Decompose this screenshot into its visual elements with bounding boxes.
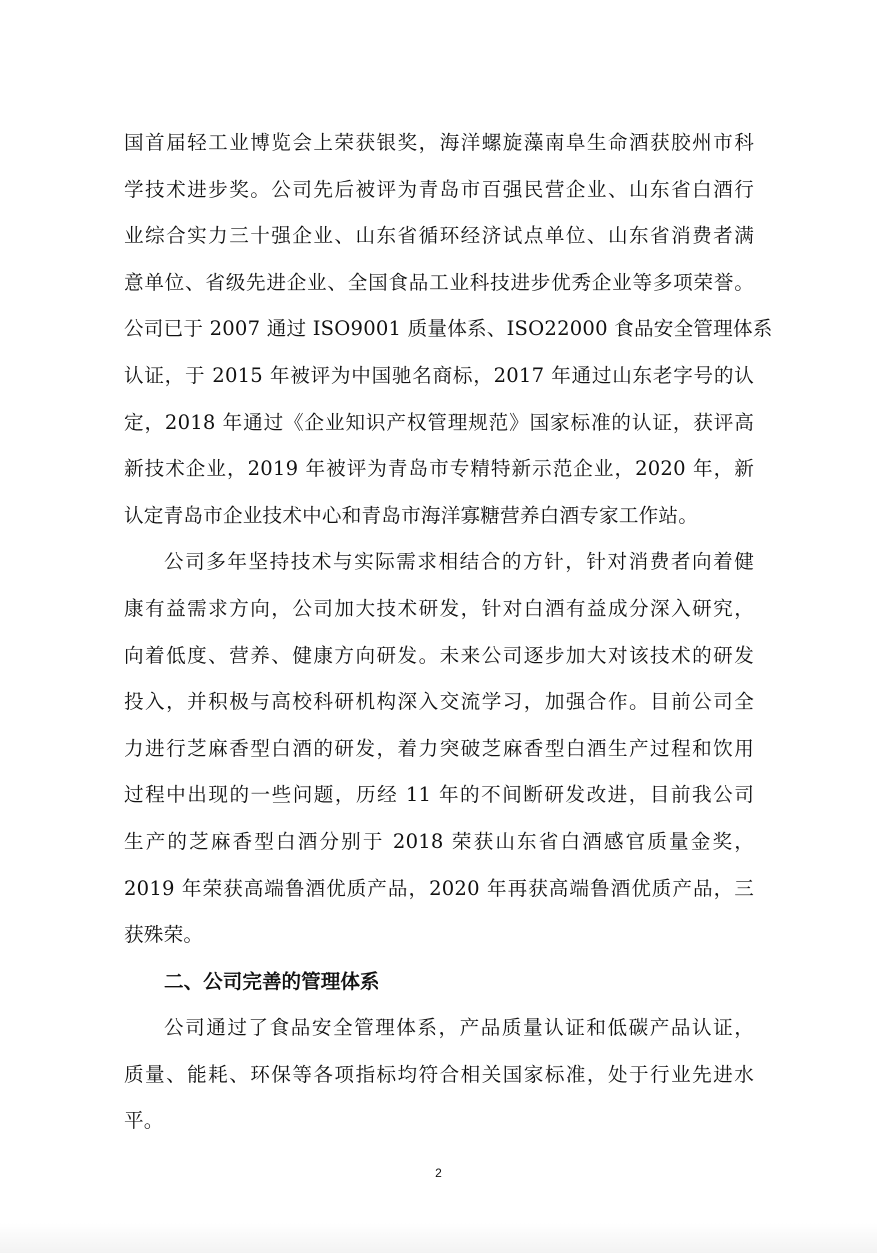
text-line: 认证，于 2015 年被评为中国驰名商标，2017 年通过山东老字号的认 (124, 353, 754, 400)
page-number: 2 (0, 1166, 877, 1180)
text-line: 公司通过了食品安全管理体系，产品质量认证和低碳产品认证， (124, 1005, 754, 1052)
text-line: 力进行芝麻香型白酒的研发，着力突破芝麻香型白酒生产过程和饮用 (124, 726, 754, 773)
text-line: 国首届轻工业博览会上荣获银奖，海洋螺旋藻南阜生命酒获胶州市科 (124, 120, 754, 167)
text-line: 平。 (124, 1098, 754, 1145)
text-line: 新技术企业，2019 年被评为青岛市专精特新示范企业，2020 年，新 (124, 446, 754, 493)
paragraph-honors: 国首届轻工业博览会上荣获银奖，海洋螺旋藻南阜生命酒获胶州市科 学技术进步奖。公司… (124, 120, 754, 539)
text-line: 质量、能耗、环保等各项指标均符合相关国家标准，处于行业先进水 (124, 1052, 754, 1099)
paragraph-research: 公司多年坚持技术与实际需求相结合的方针，针对消费者向着健 康有益需求方向，公司加… (124, 539, 754, 958)
text-line: 定，2018 年通过《企业知识产权管理规范》国家标准的认证，获评高 (124, 400, 754, 447)
text-line: 学技术进步奖。公司先后被评为青岛市百强民营企业、山东省白酒行 (124, 167, 754, 214)
text-line: 向着低度、营养、健康方向研发。未来公司逐步加大对该技术的研发 (124, 633, 754, 680)
text-line: 公司已于 2007 通过 ISO9001 质量体系、ISO22000 食品安全管… (124, 306, 754, 353)
text-line: 获殊荣。 (124, 912, 754, 959)
text-line: 认定青岛市企业技术中心和青岛市海洋寡糖营养白酒专家工作站。 (124, 493, 754, 540)
text-line: 过程中出现的一些问题，历经 11 年的不间断研发改进，目前我公司 (124, 772, 754, 819)
text-line: 投入，并积极与高校科研机构深入交流学习，加强合作。目前公司全 (124, 679, 754, 726)
text-line: 生产的芝麻香型白酒分别于 2018 荣获山东省白酒感官质量金奖， (124, 819, 754, 866)
text-line: 意单位、省级先进企业、全国食品工业科技进步优秀企业等多项荣誉。 (124, 260, 754, 307)
page-bottom-shadow (0, 1223, 877, 1253)
text-line: 康有益需求方向，公司加大技术研发，针对白酒有益成分深入研究， (124, 586, 754, 633)
text-line: 2019 年荣获高端鲁酒优质产品，2020 年再获高端鲁酒优质产品，三 (124, 866, 754, 913)
section-heading: 二、公司完善的管理体系 (124, 959, 754, 1006)
document-body: 国首届轻工业博览会上荣获银奖，海洋螺旋藻南阜生命酒获胶州市科 学技术进步奖。公司… (124, 120, 754, 1145)
text-line: 公司多年坚持技术与实际需求相结合的方针，针对消费者向着健 (124, 539, 754, 586)
paragraph-management: 公司通过了食品安全管理体系，产品质量认证和低碳产品认证， 质量、能耗、环保等各项… (124, 1005, 754, 1145)
text-line: 业综合实力三十强企业、山东省循环经济试点单位、山东省消费者满 (124, 213, 754, 260)
